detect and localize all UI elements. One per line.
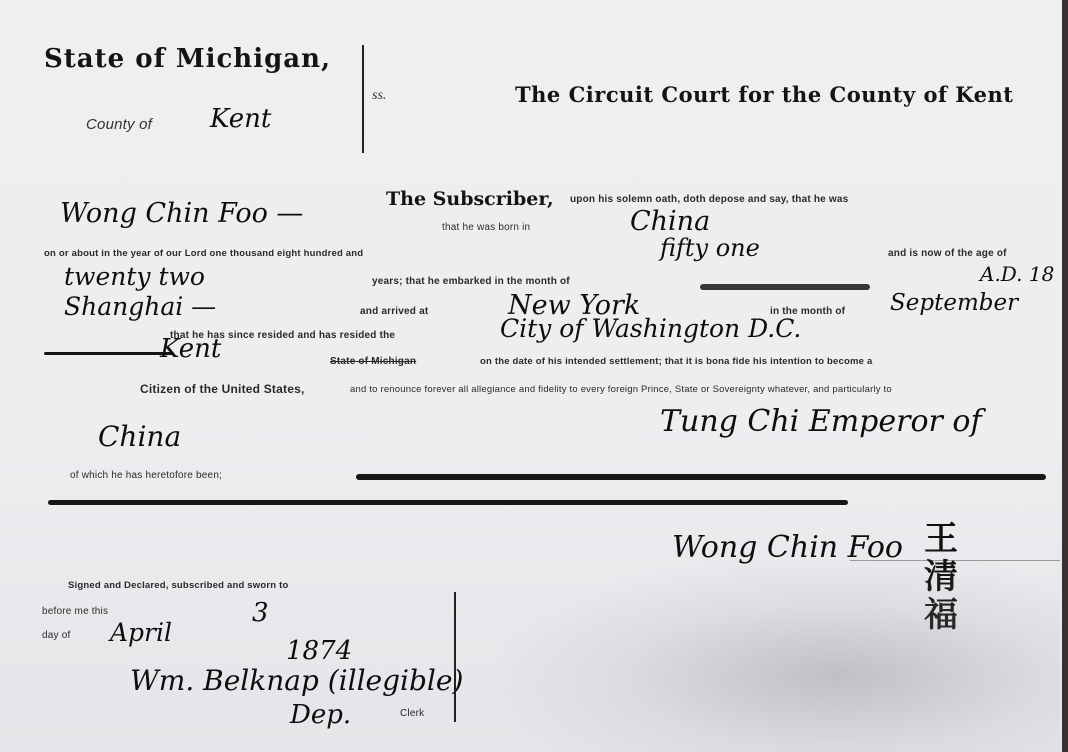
arrival-month: September <box>890 290 1018 316</box>
chinese-char-1: 王 <box>924 520 958 558</box>
embarked-from: Shanghai — <box>64 292 216 321</box>
year-text: on or about in the year of our Lord one … <box>44 248 363 259</box>
county-residence: Kent <box>160 334 221 364</box>
embarked-year-fragment: A.D. 18 <box>980 262 1054 286</box>
born-in-label: that he was born in <box>442 222 530 233</box>
jurat-month: April <box>110 618 172 647</box>
renounce-text: and to renounce forever all allegiance a… <box>350 384 892 395</box>
jurat-bracket <box>454 592 456 722</box>
residence: City of Washington D.C. <box>500 314 801 343</box>
embarked-label: years; that he embarked in the month of <box>372 276 570 287</box>
age: twenty two <box>64 262 205 291</box>
chinese-char-3: 福 <box>924 596 958 634</box>
state-heading: State of Michigan, <box>44 44 331 74</box>
ss-label: ss. <box>372 88 386 104</box>
oath-text: upon his solemn oath, doth depose and sa… <box>570 194 848 205</box>
chinese-signature: 王 清 福 <box>924 520 958 634</box>
arrived-label: and arrived at <box>360 306 428 317</box>
age-label: and is now of the age of <box>888 248 1007 259</box>
strikethrough-1 <box>356 474 1046 480</box>
birthplace: China <box>630 206 710 237</box>
intention-text: on the date of his intended settlement; … <box>480 356 872 367</box>
strikethrough-2 <box>48 500 848 505</box>
struck-line-left <box>44 352 174 355</box>
document-page: State of Michigan, County of Kent ss. Th… <box>0 0 1062 752</box>
citizen-text: Citizen of the United States, <box>140 382 304 396</box>
chinese-char-2: 清 <box>924 558 958 596</box>
court-title: The Circuit Court for the County of Kent <box>515 82 1013 107</box>
jurat-line-3: day of <box>42 630 70 641</box>
struck-text-1: of which he has heretofore been; <box>70 470 222 481</box>
embarked-month-scribble <box>700 284 870 290</box>
county-label: County of <box>86 116 152 133</box>
jurat-year: 1874 <box>286 636 352 666</box>
sovereign-name: Tung Chi Emperor of <box>660 404 982 439</box>
sovereign-country: China <box>98 420 181 453</box>
deputy-mark: Dep. <box>290 700 351 730</box>
ss-bracket <box>362 45 364 153</box>
jurat-line-1: Signed and Declared, subscribed and swor… <box>68 580 288 591</box>
county-handwritten: Kent <box>210 104 271 134</box>
subscriber-heading: The Subscriber, <box>386 188 554 210</box>
clerk-title: Clerk <box>400 708 424 719</box>
jurat-line-2: before me this <box>42 606 108 617</box>
declarant-name: Wong Chin Foo — <box>60 198 303 229</box>
state-struck: State of Michigan <box>330 356 416 367</box>
jurat-day: 3 <box>252 598 269 628</box>
clerk-signature: Wm. Belknap (illegible) <box>130 664 463 697</box>
birth-year: fifty one <box>660 234 760 262</box>
citizen-bold: Citizen of the United States, <box>140 382 304 396</box>
